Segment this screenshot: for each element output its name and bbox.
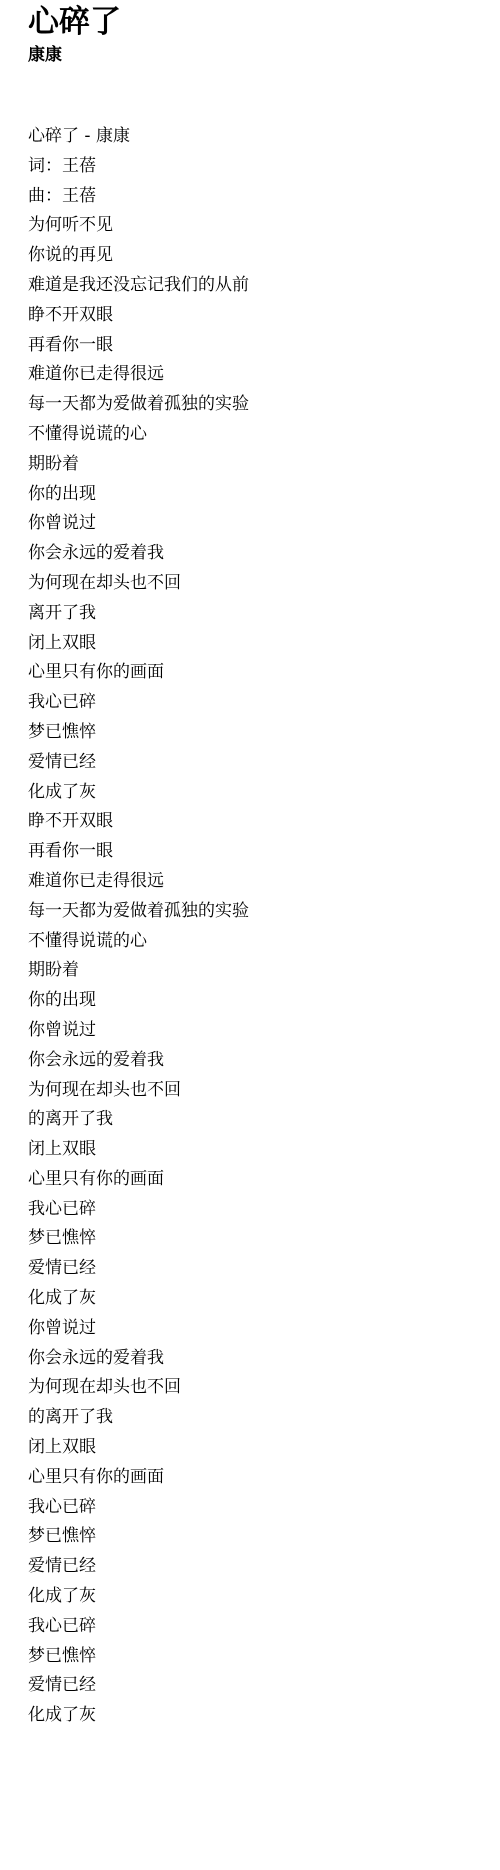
- lyric-line: 难道你已走得很远: [28, 867, 480, 897]
- lyric-line: 化成了灰: [28, 1582, 480, 1612]
- lyric-line: 爱情已经: [28, 1671, 480, 1701]
- lyric-line: 为何现在却头也不回: [28, 1076, 480, 1106]
- lyric-line: 我心已碎: [28, 1195, 480, 1225]
- lyric-line: 难道是我还没忘记我们的从前: [28, 271, 480, 301]
- lyric-line: 爱情已经: [28, 1552, 480, 1582]
- lyric-line: 为何现在却头也不回: [28, 1373, 480, 1403]
- lyric-line: 你曾说过: [28, 1016, 480, 1046]
- lyric-line: 闭上双眼: [28, 1135, 480, 1165]
- lyric-line: 你会永远的爱着我: [28, 1046, 480, 1076]
- lyric-line: 化成了灰: [28, 1701, 480, 1731]
- lyric-line: 每一天都为爱做着孤独的实验: [28, 390, 480, 420]
- lyrics-page: 心碎了 康康 心碎了 - 康康词：王蓓曲：王蓓为何听不见你说的再见难道是我还没忘…: [0, 0, 500, 1731]
- lyric-line: 梦已憔悴: [28, 1224, 480, 1254]
- lyric-line: 你的出现: [28, 480, 480, 510]
- page-title: 心碎了: [28, 2, 480, 42]
- lyric-line: 睁不开双眼: [28, 807, 480, 837]
- lyric-line: 爱情已经: [28, 748, 480, 778]
- lyric-line: 梦已憔悴: [28, 1522, 480, 1552]
- lyric-line: 你会永远的爱着我: [28, 1344, 480, 1374]
- lyric-line: 爱情已经: [28, 1254, 480, 1284]
- lyric-line: 化成了灰: [28, 1284, 480, 1314]
- lyric-line: 我心已碎: [28, 1493, 480, 1523]
- lyric-line: 曲：王蓓: [28, 182, 480, 212]
- lyric-line: 我心已碎: [28, 688, 480, 718]
- lyric-line: 你的出现: [28, 986, 480, 1016]
- lyric-line: 闭上双眼: [28, 1433, 480, 1463]
- lyric-line: 我心已碎: [28, 1612, 480, 1642]
- lyric-line: 心碎了 - 康康: [28, 122, 480, 152]
- lyric-line: 梦已憔悴: [28, 718, 480, 748]
- lyric-line: 词：王蓓: [28, 152, 480, 182]
- lyric-line: 闭上双眼: [28, 629, 480, 659]
- lyric-line: 心里只有你的画面: [28, 658, 480, 688]
- lyric-line: 再看你一眼: [28, 837, 480, 867]
- lyric-line: 睁不开双眼: [28, 301, 480, 331]
- lyric-line: 期盼着: [28, 450, 480, 480]
- lyric-line: 心里只有你的画面: [28, 1463, 480, 1493]
- lyric-line: 期盼着: [28, 956, 480, 986]
- lyric-line: 你会永远的爱着我: [28, 539, 480, 569]
- lyric-line: 不懂得说谎的心: [28, 420, 480, 450]
- lyric-line: 的离开了我: [28, 1403, 480, 1433]
- lyric-line: 你曾说过: [28, 1314, 480, 1344]
- artist-name: 康康: [28, 44, 480, 66]
- lyric-line: 离开了我: [28, 599, 480, 629]
- lyric-line: 难道你已走得很远: [28, 360, 480, 390]
- lyric-line: 梦已憔悴: [28, 1642, 480, 1672]
- lyrics-body: 心碎了 - 康康词：王蓓曲：王蓓为何听不见你说的再见难道是我还没忘记我们的从前睁…: [28, 122, 480, 1731]
- lyric-line: 你说的再见: [28, 241, 480, 271]
- lyric-line: 为何现在却头也不回: [28, 569, 480, 599]
- lyric-line: 不懂得说谎的心: [28, 927, 480, 957]
- lyric-line: 心里只有你的画面: [28, 1165, 480, 1195]
- lyric-line: 的离开了我: [28, 1105, 480, 1135]
- lyric-line: 化成了灰: [28, 778, 480, 808]
- lyric-line: 每一天都为爱做着孤独的实验: [28, 897, 480, 927]
- lyric-line: 再看你一眼: [28, 331, 480, 361]
- lyric-line: 为何听不见: [28, 211, 480, 241]
- lyric-line: 你曾说过: [28, 509, 480, 539]
